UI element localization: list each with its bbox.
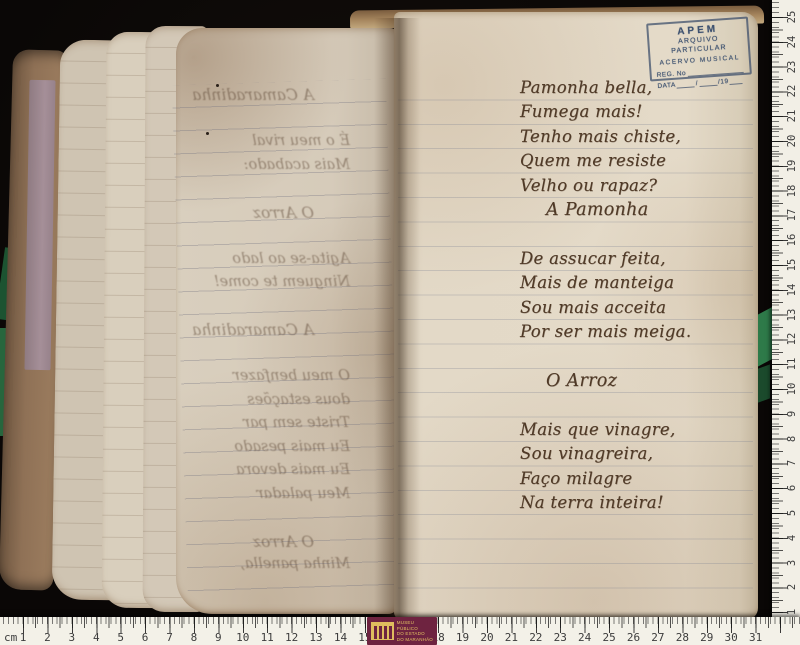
poem-line — [394, 346, 758, 370]
ruler-label: 9 — [786, 406, 798, 422]
ghost-line: A Camaradinha — [182, 86, 392, 110]
ruler-label: 2 — [44, 631, 51, 644]
ghost-line — [182, 298, 392, 322]
ghost-line — [182, 509, 392, 533]
ruler-label: 6 — [142, 631, 149, 644]
ruler-label: 6 — [786, 480, 798, 496]
ghost-line: dous estações — [182, 392, 392, 416]
ruler-label: 8 — [786, 431, 798, 447]
ghost-line: Ninguem te come! — [182, 274, 392, 298]
museum-logo: MUSEUPÚBLICODO ESTADODO MARANHÃO — [367, 617, 437, 645]
ruler-label: 12 — [786, 331, 798, 347]
left-page: A CamaradinhaÉ o meu rivalMais acabado:O… — [176, 28, 398, 614]
ruler-label: 23 — [786, 59, 798, 75]
poem-line: Tenho mais chiste, — [394, 127, 758, 151]
ruler-label: 22 — [529, 631, 542, 644]
ghost-line — [182, 345, 392, 369]
poem-line: Mais que vinagre, — [394, 420, 758, 444]
ghost-line: Mais acabado: — [182, 157, 392, 181]
ruler-label: 2 — [786, 579, 798, 595]
ruler-label: 14 — [786, 282, 798, 298]
gutter-shadow — [374, 18, 420, 618]
ruler-label: 25 — [786, 9, 798, 25]
ghost-line: Minha panella, — [182, 556, 392, 580]
ruler-label: cm — [4, 631, 17, 644]
ghost-line — [182, 227, 392, 251]
ghost-line: Triste sem par — [182, 415, 392, 439]
poem-line: Na terra inteira! — [394, 493, 758, 517]
ruler-label: 19 — [786, 158, 798, 174]
ink-speck — [206, 132, 209, 135]
ruler-label: 29 — [700, 631, 713, 644]
ruler-label: 15 — [786, 257, 798, 273]
ghost-line: Eu mais devora — [182, 462, 392, 486]
ghost-line — [182, 110, 392, 134]
ghost-line: O Arroz — [182, 533, 392, 557]
ruler-label: 25 — [602, 631, 615, 644]
ghost-line: Meu paladar — [182, 486, 392, 510]
ruler-label: 21 — [505, 631, 518, 644]
ruler-label: 9 — [215, 631, 222, 644]
ghost-line: É o meu rival — [182, 133, 392, 157]
poem-line: Fumega mais! — [394, 102, 758, 126]
ruler-label: 23 — [554, 631, 567, 644]
poem-text-layer: Pamonha bella,Fumega mais!Tenho mais chi… — [394, 78, 758, 620]
poem-line: De assucar feita, — [394, 249, 758, 273]
archival-photo: A CamaradinhaÉ o meu rivalMais acabado:O… — [0, 0, 800, 645]
ruler-label: 11 — [261, 631, 274, 644]
ruler-label: 13 — [309, 631, 322, 644]
ruler-label: 3 — [786, 555, 798, 571]
poem-line: Faço milagre — [394, 469, 758, 493]
ruler-label: 28 — [676, 631, 689, 644]
poem-line: Sou mais acceita — [394, 298, 758, 322]
poem-line: O Arroz — [394, 371, 758, 395]
ink-speck — [216, 84, 219, 87]
ruler-label: 16 — [786, 232, 798, 248]
poem-line: Quem me resiste — [394, 151, 758, 175]
ruler-label: 30 — [725, 631, 738, 644]
ruler-label: 27 — [651, 631, 664, 644]
ruler-label: 3 — [69, 631, 76, 644]
ghost-line: O meu benfazer — [182, 368, 392, 392]
ruler-label: 14 — [334, 631, 347, 644]
ruler-label: 10 — [786, 381, 798, 397]
museum-building-icon — [371, 622, 394, 640]
ruler-label: 26 — [627, 631, 640, 644]
poem-line: Sou vinagreira, — [394, 444, 758, 468]
poem-line: Por ser mais meiga. — [394, 322, 758, 346]
horizontal-ruler: cm12345678910111213141516171819202122232… — [0, 617, 800, 645]
poem-line: A Pamonha — [394, 200, 758, 224]
ruler-label: 10 — [236, 631, 249, 644]
ruler-label: 17 — [786, 207, 798, 223]
poem-line — [394, 224, 758, 248]
right-page: APEM ARQUIVO PARTICULAR ACERVO MUSICAL R… — [394, 12, 758, 620]
ghost-line: A Camaradinha — [182, 321, 392, 345]
ruler-label: 24 — [578, 631, 591, 644]
ruler-label: 20 — [786, 133, 798, 149]
poem-line: Velho ou rapaz? — [394, 176, 758, 200]
ruler-label: 5 — [117, 631, 124, 644]
ruler-label: 20 — [480, 631, 493, 644]
poem-line: Mais de manteiga — [394, 273, 758, 297]
vertical-ruler: cm12345678910111213141516171819202122232… — [772, 0, 800, 617]
ruler-label: 19 — [456, 631, 469, 644]
museum-logo-line: DO MARANHÃO — [397, 637, 433, 643]
stamp-blank-line — [687, 67, 744, 77]
ruler-label: 22 — [786, 83, 798, 99]
ruler-label: 13 — [786, 307, 798, 323]
ruler-label: 7 — [166, 631, 173, 644]
ruler-label: 31 — [749, 631, 762, 644]
ruler-label: 12 — [285, 631, 298, 644]
ruler-label: 18 — [786, 183, 798, 199]
museum-logo-text: MUSEUPÚBLICODO ESTADODO MARANHÃO — [397, 620, 433, 642]
ghost-line — [182, 180, 392, 204]
cover-label-strip — [24, 80, 55, 370]
ruler-label: 24 — [786, 34, 798, 50]
ruler-label: 21 — [786, 108, 798, 124]
ruler-label: 7 — [786, 455, 798, 471]
ruler-label: 4 — [93, 631, 100, 644]
ruler-label: 8 — [191, 631, 198, 644]
ghost-line: Agita-se ao lado — [182, 251, 392, 275]
poem-line — [394, 395, 758, 419]
ghost-line: O Arroz — [182, 204, 392, 228]
ruler-label: 5 — [786, 505, 798, 521]
ghost-line: Eu mais pesado — [182, 439, 392, 463]
bleedthrough-text-layer: A CamaradinhaÉ o meu rivalMais acabado:O… — [182, 86, 392, 614]
poem-line: Pamonha bella, — [394, 78, 758, 102]
ruler-label: 11 — [786, 356, 798, 372]
ruler-label: 1 — [20, 631, 27, 644]
archive-stamp: APEM ARQUIVO PARTICULAR ACERVO MUSICAL R… — [646, 17, 752, 82]
ruler-label: 4 — [786, 530, 798, 546]
